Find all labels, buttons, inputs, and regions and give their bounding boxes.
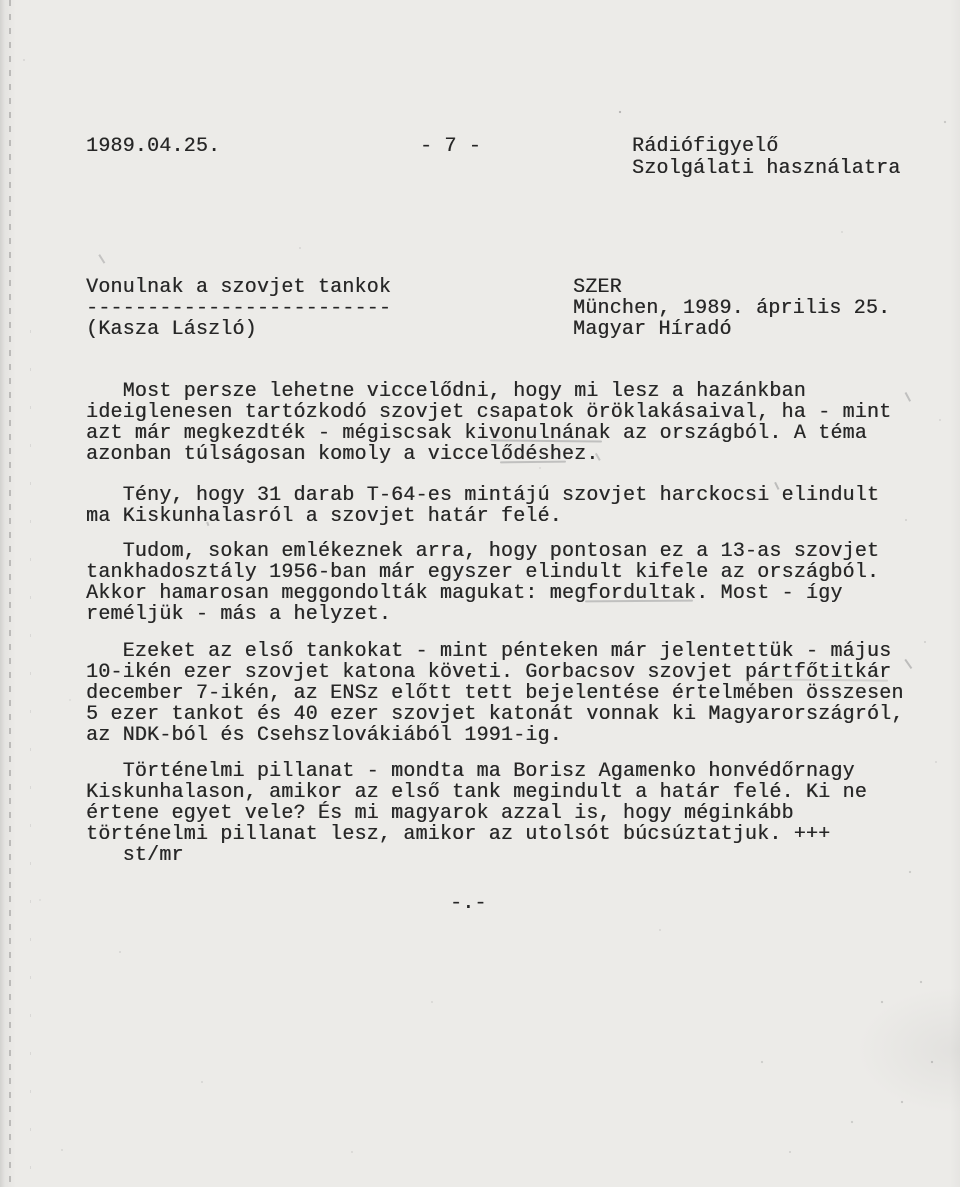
pencil-tick-margin-2 (905, 659, 913, 669)
article-title: Vonulnak a szovjet tankok (86, 277, 391, 298)
page-date: 1989.04.25. (86, 136, 220, 157)
scanned-document-page: 1989.04.25. - 7 - Rádiófigyelő Szolgálat… (0, 0, 960, 1187)
page-number: - 7 - (420, 136, 481, 157)
classification-label: Szolgálati használatra (632, 158, 900, 179)
article-author: (Kasza László) (86, 319, 257, 340)
paragraph-3: Tudom, sokan emlékeznek arra, hogy ponto… (86, 541, 879, 625)
paragraph-4: Ezeket az első tankokat - mint pénteken … (86, 641, 904, 746)
article-title-underline: ------------------------- (86, 298, 391, 319)
paragraph-1: Most persze lehetne viccelődni, hogy mi … (86, 381, 891, 465)
source-agency: SZER (573, 277, 622, 298)
publication-name: Rádiófigyelő (632, 136, 778, 157)
source-program: Magyar Híradó (573, 319, 732, 340)
paragraph-5: Történelmi pillanat - mondta ma Borisz A… (86, 761, 867, 866)
scan-left-edge-artifact-faint (30, 330, 31, 1187)
pencil-tick-margin-1 (905, 392, 911, 402)
scan-left-edge-artifact (9, 0, 11, 1187)
source-dateline: München, 1989. április 25. (573, 298, 890, 319)
paragraph-2: Tény, hogy 31 darab T-64-es mintájú szov… (86, 485, 879, 527)
pencil-tick-above-title (99, 254, 106, 263)
end-mark: -.- (450, 893, 487, 914)
